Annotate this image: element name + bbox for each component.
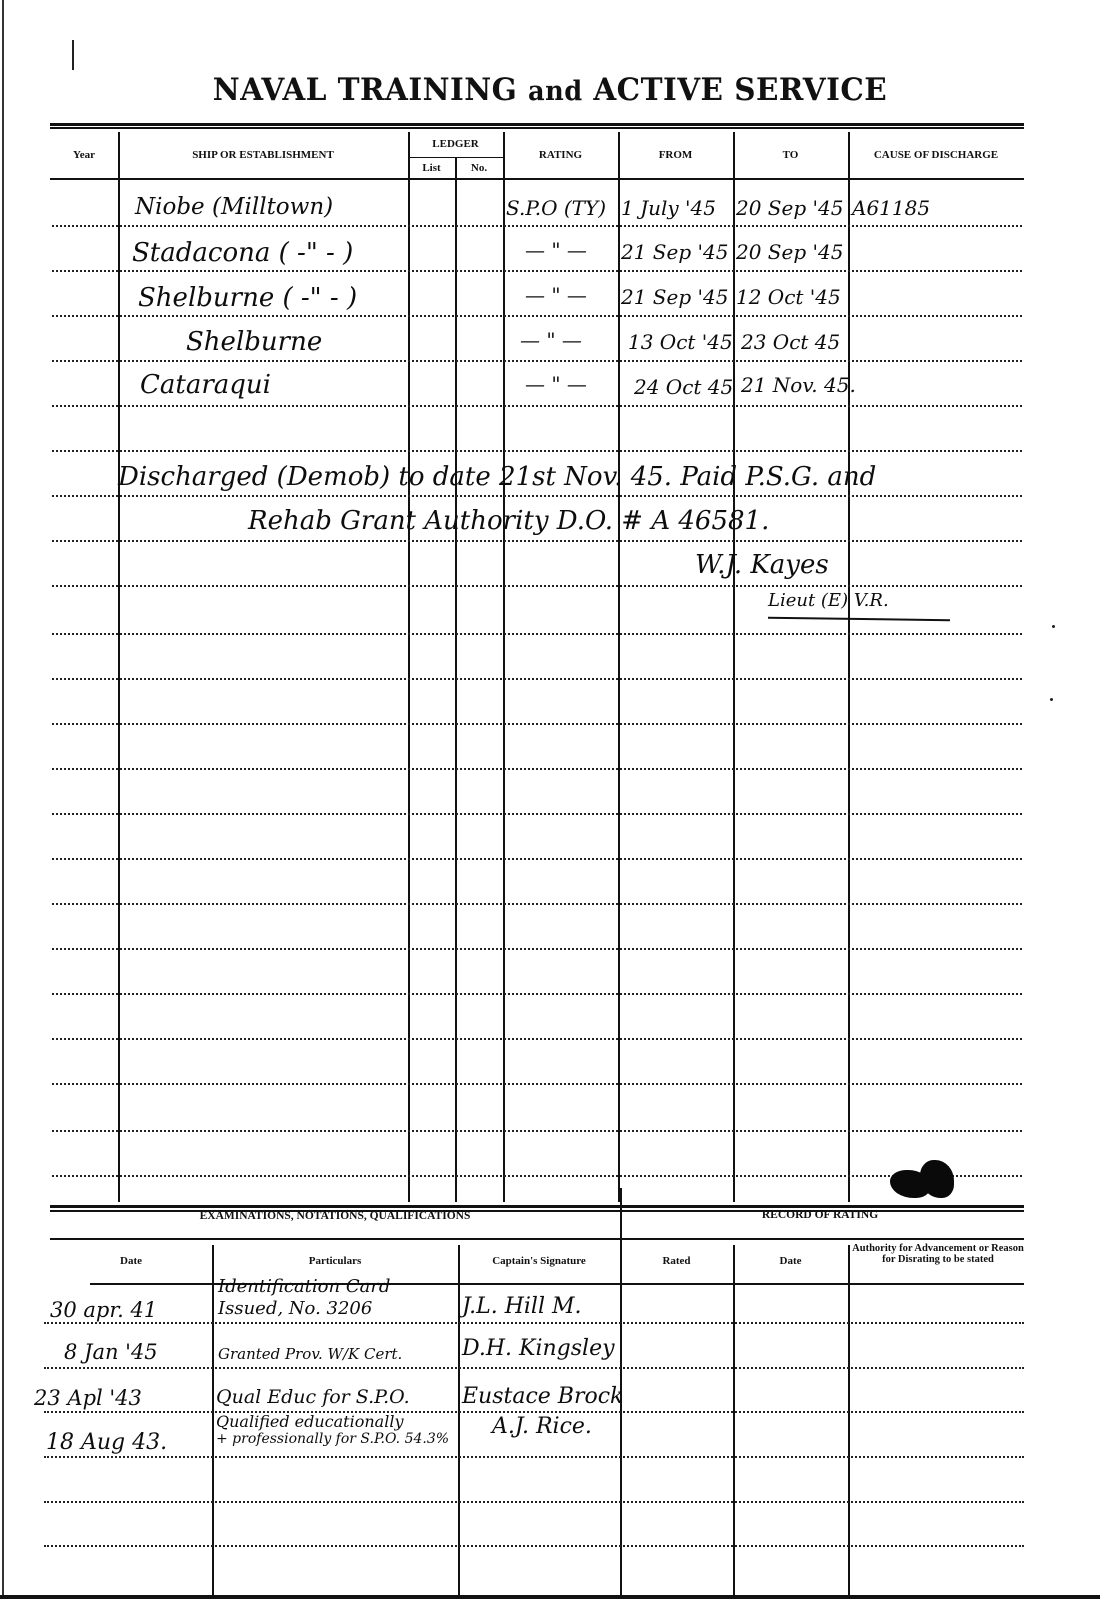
to-date: 12 Oct '45 xyxy=(736,285,841,309)
header-ledger-no: No. xyxy=(455,162,503,175)
top-rule-2 xyxy=(50,127,1024,129)
ship-name: Cataraqui xyxy=(140,370,271,400)
from-date: 21 Sep '45 xyxy=(621,240,728,264)
section-title-rule xyxy=(50,1238,1024,1240)
header-from: FROM xyxy=(618,149,733,162)
page-left-edge xyxy=(2,0,4,1599)
captain-signature: D.H. Kingsley xyxy=(462,1336,615,1361)
exam-particulars: Qualified educationally xyxy=(216,1412,403,1431)
header-year: Year xyxy=(50,149,118,162)
row-line xyxy=(52,993,1022,995)
row-line xyxy=(52,405,1022,407)
header-ship: SHIP OR ESTABLISHMENT xyxy=(118,149,408,162)
exam-date: 30 apr. 41 xyxy=(50,1298,157,1322)
row-line xyxy=(52,450,1022,452)
exam-date: 23 Apl '43 xyxy=(34,1386,142,1410)
captain-signature: J.L. Hill M. xyxy=(462,1294,582,1319)
ship-name: Shelburne xyxy=(186,327,322,357)
rating: — " — xyxy=(520,328,582,352)
from-date: 21 Sep '45 xyxy=(621,285,728,309)
scan-speck xyxy=(1052,625,1055,628)
header-rating-date: Date xyxy=(733,1255,848,1267)
row-line xyxy=(44,1545,1024,1547)
header-cause: CAUSE OF DISCHARGE xyxy=(848,149,1024,162)
col-divider xyxy=(408,132,410,1202)
rating: — " — xyxy=(525,238,587,262)
header-captain-signature: Captain's Signature xyxy=(458,1255,620,1267)
discharge-note-line-2: Rehab Grant Authority D.O. # A 46581. xyxy=(248,506,769,536)
exam-particulars: Identification Card xyxy=(218,1276,390,1297)
page-title: NAVAL TRAINING and ACTIVE SERVICE xyxy=(28,72,1073,108)
cause-of-discharge: A61185 xyxy=(852,196,930,220)
row-line xyxy=(52,813,1022,815)
exam-particulars-line-2: + professionally for S.P.O. 54.3% xyxy=(216,1431,449,1447)
top-rule-1 xyxy=(50,123,1024,126)
officer-rank: Lieut (E) V.R. xyxy=(768,590,889,611)
scan-speck xyxy=(1050,698,1053,701)
exam-particulars: Qual Educ for S.P.O. xyxy=(216,1386,410,1408)
ship-name: Shelburne ( -" - ) xyxy=(138,283,357,313)
signature-underline xyxy=(768,617,950,622)
ship-name: Niobe (Milltown) xyxy=(135,194,333,220)
row-line xyxy=(44,1456,1024,1458)
rating: S.P.O (TY) xyxy=(506,196,606,220)
section-rule-1 xyxy=(50,1205,1024,1208)
header-particulars: Particulars xyxy=(212,1255,458,1267)
row-line xyxy=(44,1322,1024,1324)
from-date: 24 Oct 45 xyxy=(634,375,733,399)
row-line xyxy=(52,1175,1022,1177)
exam-particulars: Granted Prov. W/K Cert. xyxy=(218,1345,402,1363)
header-exam-date: Date xyxy=(50,1255,212,1267)
captain-signature: Eustace Brock xyxy=(462,1384,623,1409)
rating: — " — xyxy=(525,283,587,307)
col-divider xyxy=(118,132,120,1202)
row-line xyxy=(52,1038,1022,1040)
page-bottom-edge xyxy=(0,1595,1100,1599)
header-ledger-list: List xyxy=(408,162,455,175)
row-line xyxy=(52,678,1022,680)
row-line xyxy=(44,1411,1024,1413)
header-rated: Rated xyxy=(620,1255,733,1267)
header-authority: Authority for Advancement or Reason for … xyxy=(852,1243,1024,1265)
row-line xyxy=(52,768,1022,770)
title-part-1: NAVAL TRAINING xyxy=(213,72,517,108)
title-part-2: ACTIVE SERVICE xyxy=(593,72,887,108)
exam-date: 18 Aug 43. xyxy=(46,1430,167,1455)
rating: — " — xyxy=(525,372,587,396)
record-of-rating-title: RECORD OF RATING xyxy=(620,1209,1020,1222)
from-date: 1 July '45 xyxy=(621,196,716,220)
row-line xyxy=(52,948,1022,950)
row-line xyxy=(52,270,1022,272)
officer-signature: W.J. Kayes xyxy=(695,550,829,580)
col-divider xyxy=(848,132,850,1202)
to-date: 20 Sep '45 xyxy=(736,240,843,264)
exam-particulars-line-2: Issued, No. 3206 xyxy=(218,1298,372,1319)
row-line xyxy=(52,225,1022,227)
row-line xyxy=(44,1367,1024,1369)
exam-date: 8 Jan '45 xyxy=(64,1340,158,1364)
to-date: 21 Nov. 45. xyxy=(741,373,856,397)
row-line xyxy=(52,360,1022,362)
scan-mark xyxy=(72,40,74,70)
row-line xyxy=(52,858,1022,860)
header-rating: RATING xyxy=(503,149,618,162)
row-line xyxy=(52,1130,1022,1132)
col-divider xyxy=(503,132,505,1202)
row-line xyxy=(44,1501,1024,1503)
row-line xyxy=(52,1083,1022,1085)
from-date: 13 Oct '45 xyxy=(628,330,733,354)
header-to: TO xyxy=(733,149,848,162)
col-divider xyxy=(733,132,735,1202)
row-line xyxy=(52,633,1022,635)
to-date: 23 Oct 45 xyxy=(741,330,840,354)
row-line xyxy=(52,540,1022,542)
captain-signature: A.J. Rice. xyxy=(492,1414,592,1439)
row-line xyxy=(52,903,1022,905)
row-line xyxy=(52,315,1022,317)
header-ledger: LEDGER xyxy=(408,138,503,151)
to-date: 20 Sep '45 xyxy=(736,196,843,220)
ship-name: Stadacona ( -" - ) xyxy=(132,238,353,268)
examinations-title: EXAMINATIONS, NOTATIONS, QUALIFICATIONS xyxy=(50,1209,620,1223)
row-line xyxy=(52,585,1022,587)
discharge-note-line-1: Discharged (Demob) to date 21st Nov. 45.… xyxy=(118,462,876,492)
header-bottom-rule xyxy=(50,178,1024,180)
row-line xyxy=(52,723,1022,725)
col-divider xyxy=(618,132,620,1202)
row-line xyxy=(52,495,1022,497)
title-and: and xyxy=(528,76,583,107)
